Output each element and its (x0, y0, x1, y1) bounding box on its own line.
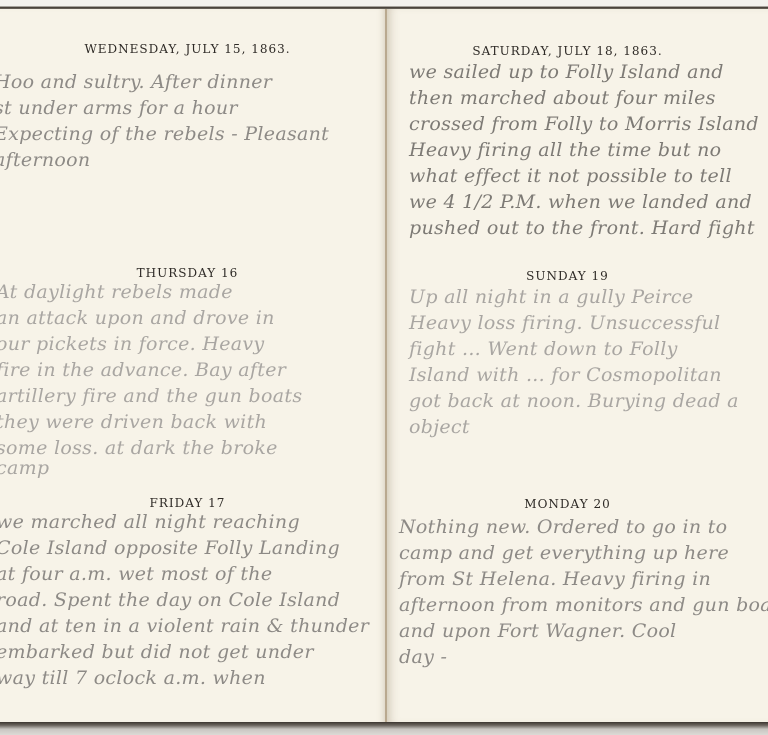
book-bottom-edge (0, 722, 768, 735)
entry-thursday: At daylight rebels made an attack upon a… (0, 279, 302, 475)
entry-line: road. Spent the day on Cole Island (0, 587, 369, 613)
entry-line: we 4 1/2 P.M. when we landed and (409, 189, 759, 215)
entry-line: Island with ... for Cosmopolitan (409, 362, 739, 388)
entry-line: and upon Fort Wagner. Cool (399, 618, 768, 644)
entry-line: camp and get everything up here (399, 540, 768, 566)
entry-line: we sailed up to Folly Island and (409, 59, 759, 85)
open-diary: WEDNESDAY, JULY 15, 1863. Hoo and sultry… (0, 0, 768, 735)
entry-monday: Nothing new. Ordered to go in to camp an… (399, 514, 768, 670)
right-page: SATURDAY, JULY 18, 1863. we sailed up to… (387, 9, 768, 723)
entry-line: artillery fire and the gun boats (0, 383, 302, 409)
entry-line: our pickets in force. Heavy (0, 331, 302, 357)
entry-sunday: Up all night in a gully Peirce Heavy los… (409, 284, 739, 440)
date-header-thursday: THURSDAY 16 (0, 266, 385, 280)
entry-line: object (409, 414, 739, 440)
entry-line: an attack upon and drove in (0, 305, 302, 331)
entry-line: embarked but did not get under (0, 639, 369, 665)
entry-line: At daylight rebels made (0, 279, 302, 305)
entry-line: Cole Island opposite Folly Landing (0, 535, 369, 561)
entry-line: what effect it not possible to tell (409, 163, 759, 189)
entry-line: fight ... Went down to Folly (409, 336, 739, 362)
entry-line: Heavy loss firing. Unsuccessful (409, 310, 739, 336)
entry-line: afternoon from monitors and gun boats (399, 592, 768, 618)
entry-line: Heavy firing all the time but no (409, 137, 759, 163)
date-header-friday: FRIDAY 17 (0, 496, 385, 510)
entry-line: camp (0, 461, 302, 475)
entry-line: way till 7 oclock a.m. when (0, 665, 369, 691)
entry-line: pushed out to the front. Hard fight (409, 215, 759, 241)
entry-line: and at ten in a violent rain & thunder (0, 613, 369, 639)
entry-line: Hoo and sultry. After dinner (0, 69, 329, 95)
date-header-monday: MONDAY 20 (387, 497, 768, 511)
entry-line: Up all night in a gully Peirce (409, 284, 739, 310)
entry-line: we marched all night reaching (0, 509, 369, 535)
entry-line: day - (399, 644, 768, 670)
date-header-wednesday: WEDNESDAY, JULY 15, 1863. (0, 42, 385, 56)
entry-line: Nothing new. Ordered to go in to (399, 514, 768, 540)
entry-line: got back at noon. Burying dead a (409, 388, 739, 414)
entry-friday: we marched all night reaching Cole Islan… (0, 509, 369, 691)
entry-line: crossed from Folly to Morris Island (409, 111, 759, 137)
date-header-saturday: SATURDAY, JULY 18, 1863. (387, 44, 768, 58)
entry-line: fire in the advance. Bay after (0, 357, 302, 383)
left-page: WEDNESDAY, JULY 15, 1863. Hoo and sultry… (0, 9, 385, 723)
entry-saturday: we sailed up to Folly Island and then ma… (409, 59, 759, 241)
entry-line: from St Helena. Heavy firing in (399, 566, 768, 592)
entry-line: Expecting of the rebels - Pleasant (0, 121, 329, 147)
entry-wednesday: Hoo and sultry. After dinner st under ar… (0, 69, 329, 173)
entry-line: at four a.m. wet most of the (0, 561, 369, 587)
entry-line: then marched about four miles (409, 85, 759, 111)
entry-line: they were driven back with (0, 409, 302, 435)
entry-line: afternoon (0, 147, 329, 173)
entry-line: st under arms for a hour (0, 95, 329, 121)
date-header-sunday: SUNDAY 19 (387, 269, 768, 283)
